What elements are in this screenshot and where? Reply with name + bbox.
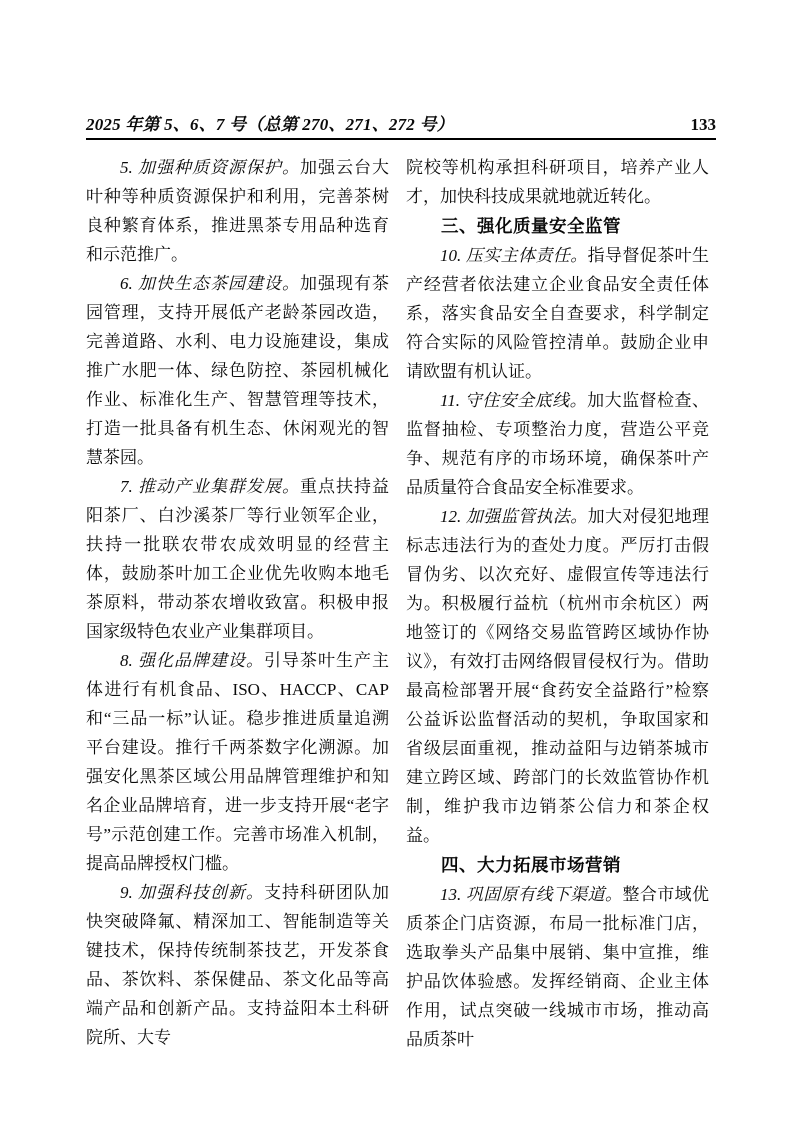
paragraph-8-text: 引导茶叶生产主体进行有机食品、ISO、HACCP、CAP 和“三品一标”认证。稳… [86, 651, 389, 873]
page-header: 2025 年第 5、6、7 号（总第 270、271、272 号） 133 [86, 110, 716, 140]
section-heading-3: 三、强化质量安全监管 [406, 211, 709, 241]
document-page: 2025 年第 5、6、7 号（总第 270、271、272 号） 133 5.… [0, 0, 794, 1122]
paragraph-11-lead: 11. 守住安全底线。 [440, 391, 587, 410]
paragraph-5: 5. 加强种质资源保护。加强云台大叶种等种质资源保护和利用，完善茶树良种繁育体系… [86, 153, 389, 269]
paragraph-10: 10. 压实主体责任。指导督促茶叶生产经营者依法建立企业食品安全责任体系，落实食… [406, 241, 709, 386]
paragraph-6: 6. 加快生态茶园建设。加强现有茶园管理，支持开展低产老龄茶园改造，完善道路、水… [86, 269, 389, 472]
paragraph-13-lead: 13. 巩固原有线下渠道。 [440, 885, 622, 904]
paragraph-12: 12. 加强监管执法。加大对侵犯地理标志违法行为的查处力度。严厉打击假冒伪劣、以… [406, 502, 709, 850]
page-number: 133 [691, 115, 717, 135]
paragraph-5-lead: 5. 加强种质资源保护。 [120, 158, 300, 177]
right-column: 院校等机构承担科研项目，培养产业人才，加快科技成果就地就近转化。 三、强化质量安… [406, 153, 709, 1054]
paragraph-7-text: 重点扶持益阳茶厂、白沙溪茶厂等行业领军企业，扶持一批联农带农成效明显的经营主体，… [86, 477, 389, 641]
paragraph-6-text: 加强现有茶园管理，支持开展低产老龄茶园改造，完善道路、水利、电力设施建设，集成推… [86, 274, 389, 467]
paragraph-9: 9. 加强科技创新。支持科研团队加快突破降氟、精深加工、智能制造等关键技术，保持… [86, 878, 389, 1052]
paragraph-9-continuation: 院校等机构承担科研项目，培养产业人才，加快科技成果就地就近转化。 [406, 153, 709, 211]
issue-info: 2025 年第 5、6、7 号（总第 270、271、272 号） [86, 110, 454, 135]
paragraph-8-lead: 8. 强化品牌建设。 [120, 651, 264, 670]
paragraph-13: 13. 巩固原有线下渠道。整合市域优质茶企门店资源，布局一批标准门店，选取拳头产… [406, 880, 709, 1054]
paragraph-10-lead: 10. 压实主体责任。 [440, 246, 588, 265]
paragraph-6-lead: 6. 加快生态茶园建设。 [120, 274, 300, 293]
paragraph-12-lead: 12. 加强监管执法。 [440, 507, 588, 526]
paragraph-13-text: 整合市域优质茶企门店资源，布局一批标准门店，选取拳头产品集中展销、集中宣推，维护… [406, 885, 709, 1049]
paragraph-11: 11. 守住安全底线。加大监督检查、监督抽检、专项整治力度，营造公平竞争、规范有… [406, 386, 709, 502]
paragraph-9-lead: 9. 加强科技创新。 [120, 883, 264, 902]
left-column: 5. 加强种质资源保护。加强云台大叶种等种质资源保护和利用，完善茶树良种繁育体系… [86, 153, 389, 1054]
two-column-body: 5. 加强种质资源保护。加强云台大叶种等种质资源保护和利用，完善茶树良种繁育体系… [86, 153, 716, 1054]
paragraph-8: 8. 强化品牌建设。引导茶叶生产主体进行有机食品、ISO、HACCP、CAP 和… [86, 646, 389, 878]
paragraph-7: 7. 推动产业集群发展。重点扶持益阳茶厂、白沙溪茶厂等行业领军企业，扶持一批联农… [86, 472, 389, 646]
paragraph-10-text: 指导督促茶叶生产经营者依法建立企业食品安全责任体系，落实食品安全自查要求，科学制… [406, 246, 709, 381]
paragraph-9-text: 支持科研团队加快突破降氟、精深加工、智能制造等关键技术，保持传统制茶技艺，开发茶… [86, 883, 389, 1047]
paragraph-12-text: 加大对侵犯地理标志违法行为的查处力度。严厉打击假冒伪劣、以次充好、虚假宣传等违法… [406, 507, 709, 845]
section-heading-4: 四、大力拓展市场营销 [406, 850, 709, 880]
paragraph-7-lead: 7. 推动产业集群发展。 [120, 477, 300, 496]
